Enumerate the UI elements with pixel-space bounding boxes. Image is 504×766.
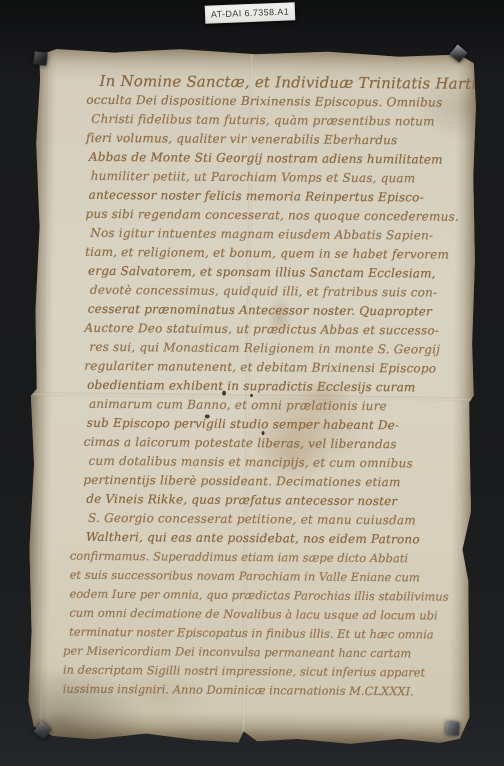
manuscript-line: pertinentijs liberè possideant. Decimati… bbox=[83, 471, 464, 493]
manuscript-line: animarum cum Banno, et omni prælationis … bbox=[89, 395, 465, 417]
corner-clip-bottom-right bbox=[446, 722, 460, 736]
archival-label-text: AT-DAI 6.7358.A1 bbox=[211, 7, 290, 20]
archival-label: AT-DAI 6.7358.A1 bbox=[205, 2, 296, 23]
photo-background: AT-DAI 6.7358.A1 In Nomine Sanctæ, et In… bbox=[0, 0, 504, 766]
manuscript-line: iussimus insigniri. Anno Dominicæ incarn… bbox=[63, 680, 463, 702]
manuscript-line: devotè concessimus, quidquid illi, et fr… bbox=[90, 281, 466, 303]
manuscript-line: tiam, et religionem, et bonum, quem in s… bbox=[85, 243, 466, 265]
manuscript-line: regulariter manutenent, et debitam Brixi… bbox=[84, 357, 465, 379]
manuscript-line: humiliter petiit, ut Parochiam Vomps et … bbox=[91, 167, 467, 189]
manuscript-line: S. Georgio concesserat petitione, et man… bbox=[88, 509, 464, 531]
manuscript-text: In Nomine Sanctæ, et Individuæ Trinitati… bbox=[85, 72, 468, 702]
corner-clip-top-left bbox=[33, 51, 47, 65]
manuscript-line: fieri volumus, qualiter vir venerabilis … bbox=[86, 129, 467, 151]
manuscript-page: In Nomine Sanctæ, et Individuæ Trinitati… bbox=[26, 45, 479, 748]
